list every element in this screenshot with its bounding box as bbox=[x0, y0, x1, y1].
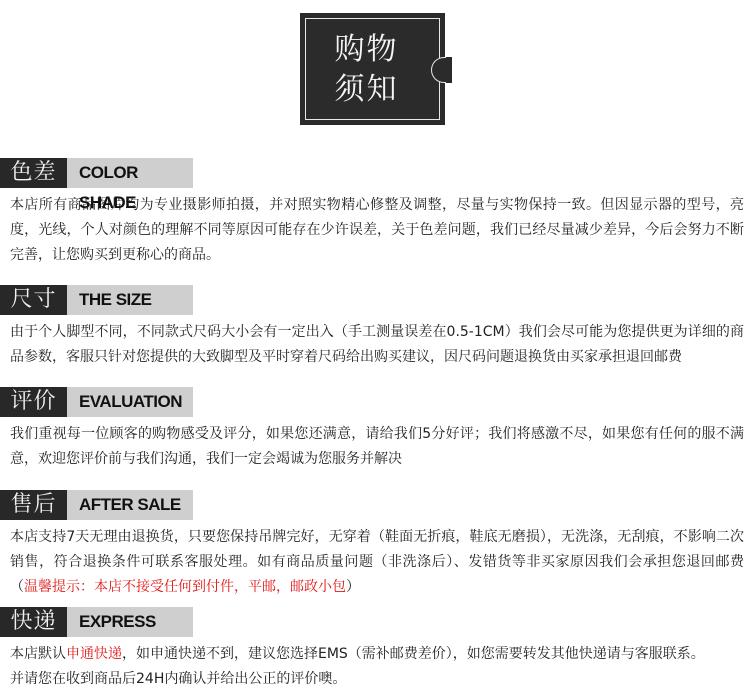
section-title-cn: 快递 bbox=[0, 607, 67, 637]
section-title-en: EXPRESS bbox=[67, 607, 193, 637]
default-courier-highlight: 申通快递 bbox=[66, 646, 122, 662]
section-title-cn: 售后 bbox=[0, 490, 67, 520]
express-line-2: 并请您在收到商品后24H内确认并给出公正的评价噢。 bbox=[10, 667, 744, 692]
express-prefix: 本店默认 bbox=[10, 646, 66, 662]
section-title-cn: 尺寸 bbox=[0, 285, 67, 315]
section-header: 售后 AFTER SALE bbox=[0, 490, 193, 520]
title-line-1: 购物 bbox=[300, 30, 433, 70]
section-title-en: THE SIZE bbox=[67, 285, 193, 315]
section-body: 我们重视每一位顾客的购物感受及评分，如果您还满意，请给我们5分好评；我们将感激不… bbox=[0, 422, 750, 472]
section-title-cn: 评价 bbox=[0, 387, 67, 417]
notch-cover bbox=[446, 57, 452, 83]
section-title-en: COLOR SHADE bbox=[67, 158, 193, 188]
section-express: 快递 EXPRESS 本店默认申通快递，如申通快递不到，建议您选择EMS（需补邮… bbox=[0, 607, 750, 692]
section-title-cn: 色差 bbox=[0, 158, 67, 188]
title-line-2: 须知 bbox=[300, 70, 433, 110]
section-title-en: EVALUATION bbox=[67, 387, 193, 417]
section-body: 由于个人脚型不同，不同款式尺码大小会有一定出入（手工测量误差在0.5-1CM）我… bbox=[0, 320, 750, 370]
section-body: 本店默认申通快递，如申通快递不到，建议您选择EMS（需补邮费差价），如您需要转发… bbox=[0, 642, 750, 692]
section-header: 色差 COLOR SHADE bbox=[0, 158, 193, 188]
warning-notice: 温馨提示：本店不接受任何到付件，平邮，邮政小包 bbox=[24, 579, 346, 595]
section-after-sale: 售后 AFTER SALE 本店支持7天无理由退换货，只要您保持吊牌完好，无穿着… bbox=[0, 490, 750, 600]
section-size: 尺寸 THE SIZE 由于个人脚型不同，不同款式尺码大小会有一定出入（手工测量… bbox=[0, 285, 750, 370]
section-body: 本店支持7天无理由退换货，只要您保持吊牌完好，无穿着（鞋面无折痕，鞋底无磨损），… bbox=[0, 525, 750, 600]
express-line-1: 本店默认申通快递，如申通快递不到，建议您选择EMS（需补邮费差价），如您需要转发… bbox=[10, 642, 744, 667]
section-evaluation: 评价 EVALUATION 我们重视每一位顾客的购物感受及评分，如果您还满意，请… bbox=[0, 387, 750, 472]
section-color-shade: 色差 COLOR SHADE 本店所有商品图片均为专业摄影师拍摄，并对照实物精心… bbox=[0, 158, 750, 268]
section-header: 快递 EXPRESS bbox=[0, 607, 193, 637]
express-text: ，如申通快递不到，建议您选择EMS（需补邮费差价），如您需要转发其他快递请与客服… bbox=[122, 646, 705, 662]
section-header: 尺寸 THE SIZE bbox=[0, 285, 193, 315]
shopping-notice-title-card: 购物 须知 bbox=[300, 13, 445, 125]
page-title: 购物 须知 bbox=[300, 30, 433, 110]
section-title-en: AFTER SALE bbox=[67, 490, 193, 520]
section-header: 评价 EVALUATION bbox=[0, 387, 193, 417]
after-sale-text-end: ） bbox=[346, 579, 360, 595]
